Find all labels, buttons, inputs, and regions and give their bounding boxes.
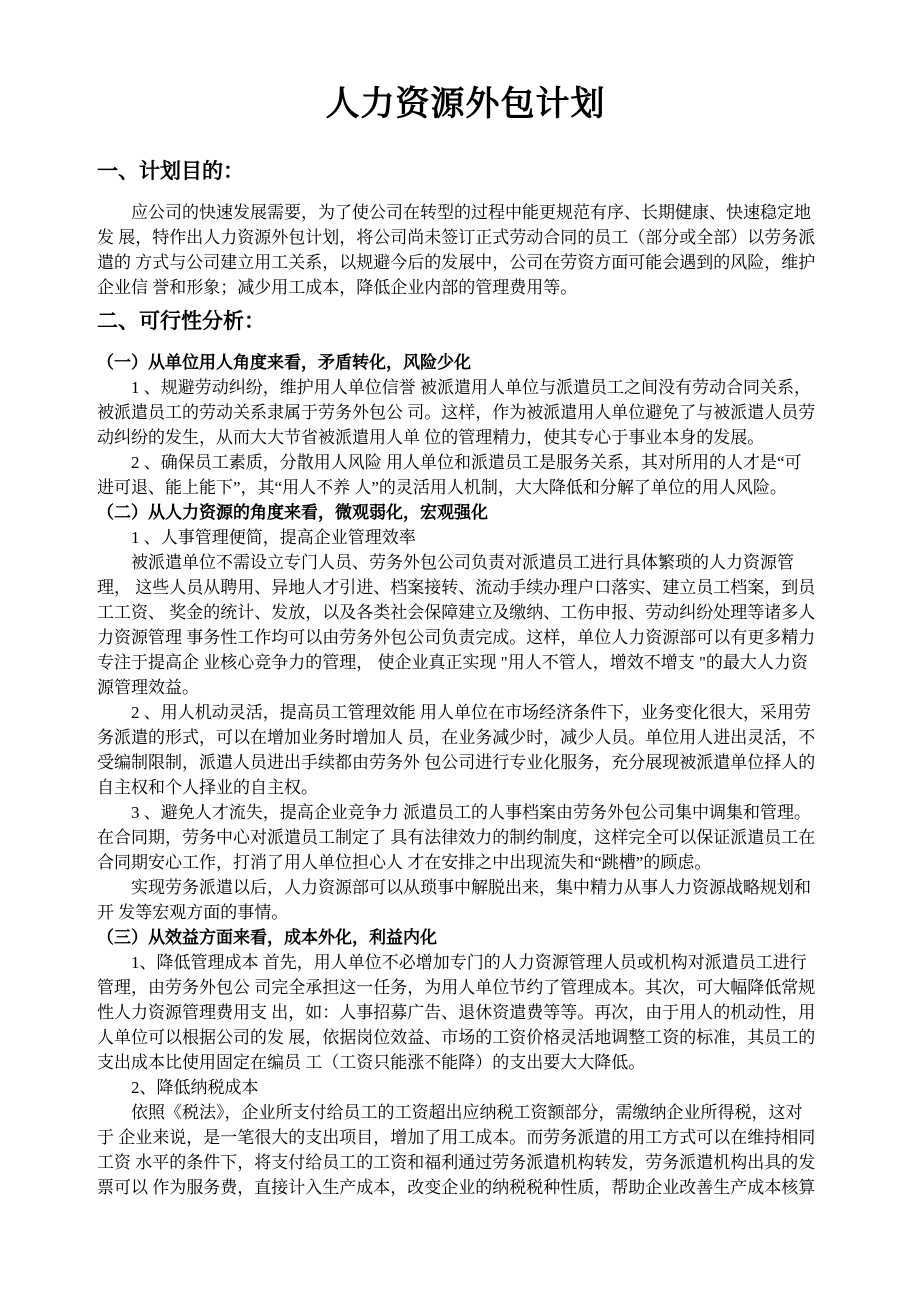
text-line: 开 发等宏观方面的事情。 [97, 900, 834, 925]
text-line: 务派遣的形式，可以在增加业务时增加人 员，在业务减少时，减少人员。单位用人进出灵… [97, 725, 834, 750]
text-line: 1、降低管理成本 首先，用人单位不必增加专门的人力资源管理人员或机构对派遣员工进… [97, 950, 834, 975]
text-line: 支出成本比使用固定在编员 工（工资只能涨不能降）的支出要大大降低。 [97, 1050, 834, 1075]
text-line: 性人力资源管理费用支 出，如：人事招募广告、退休资遣费等等。再次，由于用人的机动… [97, 1000, 834, 1025]
text-line: 力资源管理 事务性工作均可以由劳务外包公司负责完成。这样，单位人力资源部可以有更… [97, 625, 834, 650]
document-title: 人力资源外包计划 [97, 86, 834, 124]
text-line: 依照《税法》，企业所支付给员工的工资超出应纳税工资额部分，需缴纳企业所得税，这对 [97, 1100, 834, 1125]
text-line: 源管理效益。 [97, 675, 834, 700]
text-line: 企业信 誉和形象；减少用工成本，降低企业内部的管理费用等。 [97, 275, 834, 300]
text-line: 2 、用人机动灵活，提高员工管理效能 用人单位在市场经济条件下，业务变化很大，采… [97, 700, 834, 725]
text-line: 合同期安心工作，打消了用人单位担心人 才在安排之中出现流失和“跳槽”的顾虑。 [97, 850, 834, 875]
text-line: 票可以 作为服务费，直接计入生产成本，改变企业的纳税税种性质，帮助企业改善生产成… [97, 1175, 834, 1200]
text-line: 被派遣单位不需设立专门人员、劳务外包公司负责对派遣员工进行具体繁琐的人力资源管 [97, 550, 834, 575]
text-line: 人单位可以根据公司的发 展，依据岗位效益、市场的工资价格灵活地调整工资的标准，其… [97, 1025, 834, 1050]
section-heading: 一、计划目的： [97, 158, 834, 185]
text-line: 理， 这些人员从聘用、异地人才引进、档案接转、流动手续办理户口落实、建立员工档案… [97, 575, 834, 600]
text-line: 进可退、能上能下”，其“用人不养 人”的灵活用人机制，大大降低和分解了单位的用人… [97, 475, 834, 500]
text-line: 3 、避免人才流失，提高企业竞争力 派遣员工的人事档案由劳务外包公司集中调集和管… [97, 800, 834, 825]
text-line: 专注于提高企 业核心竞争力的管理， 使企业真正实现 "用人不管人，增效不增支 "… [97, 650, 834, 675]
text-line: 实现劳务派遣以后，人力资源部可以从琐事中解脱出来，集中精力从事人力资源战略规划和 [97, 875, 834, 900]
subsection-heading: （一）从单位用人角度来看，矛盾转化，风险少化 [97, 350, 834, 375]
text-line: 受编制限制，派遣人员进出手续都由劳务外 包公司进行专业化服务，充分展现被派遣单位… [97, 750, 834, 775]
document-body: 一、计划目的：应公司的快速发展需要，为了使公司在转型的过程中能更规范有序、长期健… [97, 158, 834, 1200]
text-line: 工资 水平的条件下，将支付给员工的工资和福利通过劳务派遣机构转发，劳务派遣机构出… [97, 1150, 834, 1175]
text-line: 动纠纷的发生，从而大大节省被派遣用人单 位的管理精力，使其专心于事业本身的发展。 [97, 425, 834, 450]
text-line: 工工资、 奖金的统计、发放，以及各类社会保障建立及缴纳、工伤申报、劳动纠纷处理等… [97, 600, 834, 625]
subsection-heading: （三）从效益方面来看，成本外化，利益内化 [97, 925, 834, 950]
text-line: 2 、确保员工素质，分散用人风险 用人单位和派遣员工是服务关系，其对所用的人才是… [97, 450, 834, 475]
text-line: 遣的 方式与公司建立用工关系，以规避今后的发展中，公司在劳资方面可能会遇到的风险… [97, 250, 834, 275]
text-line: 发 展，特作出人力资源外包计划，将公司尚未签订正式劳动合同的员工（部分或全部）以… [97, 225, 834, 250]
subsection-heading: （二）从人力资源的角度来看，微观弱化，宏观强化 [97, 500, 834, 525]
text-line: 管理，由劳务外包公 司完全承担这一任务，为用人单位节约了管理成本。其次，可大幅降… [97, 975, 834, 1000]
text-line: 2、降低纳税成本 [97, 1075, 834, 1100]
text-line: 于 企业来说，是一笔很大的支出项目，增加了用工成本。而劳务派遣的用工方式可以在维… [97, 1125, 834, 1150]
text-line: 自主权和个人择业的自主权。 [97, 775, 834, 800]
text-line: 1 、人事管理便简，提高企业管理效率 [97, 525, 834, 550]
text-line: 被派遣员工的劳动关系隶属于劳务外包公 司。这样，作为被派遣用人单位避免了与被派遣… [97, 400, 834, 425]
section-heading: 二、可行性分析： [97, 308, 834, 335]
text-line: 1 、规避劳动纠纷，维护用人单位信誉 被派遣用人单位与派遣员工之间没有劳动合同关… [97, 375, 834, 400]
document-page: 人力资源外包计划 一、计划目的：应公司的快速发展需要，为了使公司在转型的过程中能… [0, 0, 920, 1302]
text-line: 应公司的快速发展需要，为了使公司在转型的过程中能更规范有序、长期健康、快速稳定地 [97, 200, 834, 225]
text-line: 在合同期，劳务中心对派遣员工制定了 具有法律效力的制约制度，这样完全可以保证派遣… [97, 825, 834, 850]
